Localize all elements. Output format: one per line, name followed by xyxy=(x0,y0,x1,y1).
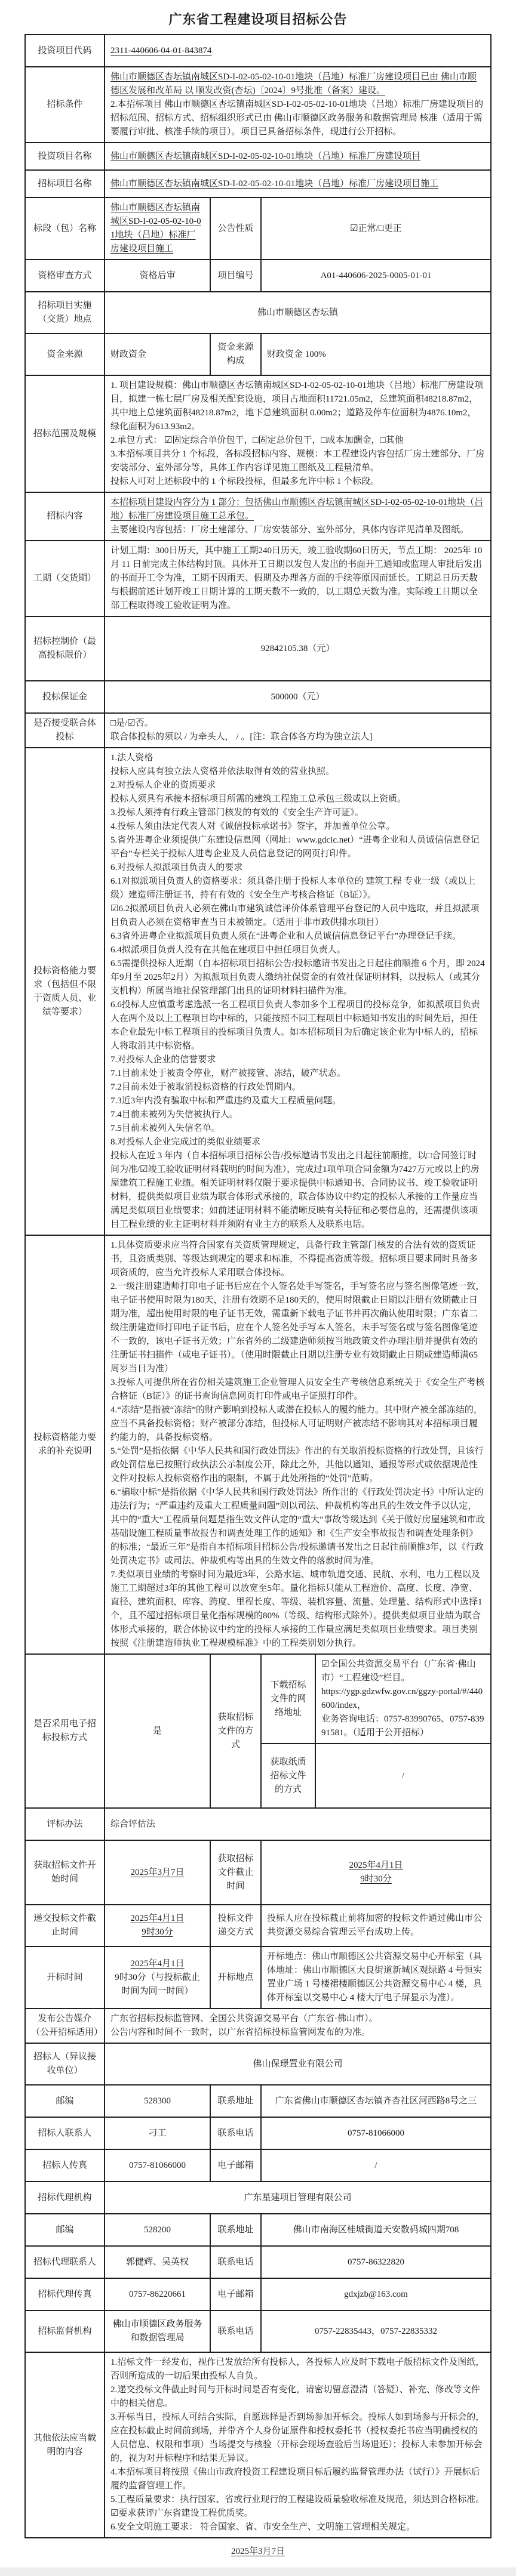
field-label-supervisor: 招标监督机构 xyxy=(25,2310,105,2352)
table-row: 招标范围及规模 1. 项目建设规模：佛山市顺德区杏坛镇南城区SD-I-02-05… xyxy=(25,375,491,492)
table-row: 邮编 528300 联系地址 广东省佛山市顺德区杏坛镇齐杏社区河西路8号之三 xyxy=(25,2085,491,2117)
field-value-implementation-place: 佛山市顺德区杏坛镇 xyxy=(105,292,491,334)
field-label-e-bidding: 是否采用电子招标投标方式 xyxy=(25,1654,105,1808)
field-value-other: 1.招标文件一经发布，视作已发放给所有投标人，各投标人应及时下载电子版招标文件及… xyxy=(105,2352,491,2538)
field-value-supervisor: 佛山市顺德区政务服务和数据管理局 xyxy=(105,2310,210,2352)
field-label-media: 发布公告媒介（公开招标适用） xyxy=(25,2009,105,2043)
field-label-agency-address: 联系地址 xyxy=(210,2214,261,2246)
field-value-doc-obtain-start: 2025年3月7日 xyxy=(105,1840,210,1905)
field-label-tenderer-fax: 招标人传真 xyxy=(25,2149,105,2182)
field-label-conditions: 招标条件 xyxy=(25,67,105,143)
field-value-evaluation: 综合评估法 xyxy=(105,1808,491,1840)
field-label-scope: 招标范围及规模 xyxy=(25,375,105,492)
field-label-tenderer-phone: 联系电话 xyxy=(210,2117,261,2149)
field-label-bid-opening-place: 开标地点 xyxy=(210,1946,261,2009)
field-value-agency-address: 佛山市南海区桂城街道天安数码城四期708 xyxy=(261,2214,491,2246)
field-label-project-number: 项目编号 xyxy=(210,260,261,292)
field-label-duration: 工期（交货期） xyxy=(25,541,105,616)
bottom-band xyxy=(0,2568,516,2576)
field-value-agency-phone: 0757-86322820 xyxy=(261,2246,491,2278)
field-value-bid-opening-time: 2025年4月1日 9时30分（与投标截止时间为同一时间） xyxy=(105,1946,210,2009)
field-value-tenderer-contact: 刁工 xyxy=(105,2117,210,2149)
table-row: 获取招标文件开始时间 2025年3月7日 获取招标文件截止时间 2025年4月1… xyxy=(25,1840,491,1905)
field-label-tenderer-postcode: 邮编 xyxy=(25,2085,105,2117)
field-value-project-number: A01-440606-2025-0005-01-01 xyxy=(261,260,491,292)
field-label-tenderer: 招标人（异议接收单位） xyxy=(25,2043,105,2085)
field-label-qualification-review: 资格审查方式 xyxy=(25,260,105,292)
field-value-tenderer-address: 广东省佛山市顺德区杏坛镇齐杏社区河西路8号之三 xyxy=(261,2085,491,2117)
field-label-supervisor-phone: 联系电话 xyxy=(210,2310,261,2352)
table-row: 标段（包）名称 佛山市顺德区杏坛镇南城区SD-I-02-05-02-10-01地… xyxy=(25,198,491,260)
field-value-paper-doc-method: / xyxy=(315,1744,491,1808)
page-title: 广东省工程建设项目招标公告 xyxy=(0,10,516,28)
field-label-implementation-place: 招标项目实施（交货）地点 xyxy=(25,292,105,334)
table-row: 招标人（异议接收单位） 佛山保璟置业有限公司 xyxy=(25,2043,491,2085)
field-value-agency: 广东星建项目管理有限公司 xyxy=(105,2182,491,2214)
field-label-evaluation: 评标办法 xyxy=(25,1808,105,1840)
field-label-bid-bond: 投标保证金 xyxy=(25,681,105,713)
field-value-submit-deadline: 2025年4月1日 9时30分 xyxy=(105,1905,210,1946)
field-label-funding-composition: 资金来源构成 xyxy=(210,334,261,375)
field-value-tender-name: 佛山市顺德区杏坛镇南城区SD-I-02-05-02-10-01地块（吕地）标准厂… xyxy=(105,170,491,198)
field-label-download-address: 下载招标文件的网络地址 xyxy=(261,1654,315,1744)
table-row: 资金来源 财政资金 资金来源构成 财政资金 100% xyxy=(25,334,491,375)
field-value-e-bidding: 是 xyxy=(105,1654,210,1808)
field-value-qualification-req: 1.法人资格 投标人应具有独立法人资格并依法取得有效的营业执照。 2.对投标人企… xyxy=(105,748,491,1235)
field-value-control-price: 92842105.38（元） xyxy=(105,616,491,681)
field-value-scope: 1. 项目建设规模：佛山市顺德区杏坛镇南城区SD-I-02-05-02-10-0… xyxy=(105,375,491,492)
table-row: 是否采用电子招标投标方式 是 获取招标文件的方式 下载招标文件的网络地址 ☑全国… xyxy=(25,1654,491,1744)
field-value-bid-bond: 500000（元） xyxy=(105,681,491,713)
table-row: 招标条件 佛山市顺德区杏坛镇南城区SD-I-02-05-02-10-01地块（吕… xyxy=(25,67,491,143)
field-label-tenderer-address: 联系地址 xyxy=(210,2085,261,2117)
field-label-tender-name: 招标项目名称 xyxy=(25,170,105,198)
field-label-content: 招标内容 xyxy=(25,492,105,541)
field-value-doc-obtain-end: 2025年4月1日 9时30分 xyxy=(261,1840,491,1905)
field-value-qualification-review: 资格后审 xyxy=(105,260,210,292)
table-row: 投标资格能力要求的补充说明 1.具体资质要求应当符合国家有关资质管理规定，具备行… xyxy=(25,1235,491,1654)
field-label-project-code: 投资项目代码 xyxy=(25,35,105,67)
field-value-supervisor-phone: 0757-22835443，0757-22835332 xyxy=(261,2310,491,2352)
field-label-invest-name: 投资项目名称 xyxy=(25,143,105,170)
table-row: 投资项目名称 佛山市顺德区杏坛镇南城区SD-I-02-05-02-10-01地块… xyxy=(25,143,491,170)
table-row: 投标保证金 500000（元） xyxy=(25,681,491,713)
field-label-agency-fax: 招标代理传真 xyxy=(25,2278,105,2310)
field-value-tenderer-email: / xyxy=(261,2149,491,2182)
field-value-media: 广东省招标投标监管网、全国公共资源交易平台（广东省·佛山市）。 公告内容和时间不… xyxy=(105,2009,491,2043)
field-label-bid-opening-time: 开标时间 xyxy=(25,1946,105,2009)
field-value-tenderer-phone: 0757-81066000 xyxy=(261,2117,491,2149)
field-value-funding: 财政资金 xyxy=(105,334,210,375)
field-label-doc-obtain-start: 获取招标文件开始时间 xyxy=(25,1840,105,1905)
field-value-section: 佛山市顺德区杏坛镇南城区SD-I-02-05-02-10-01地块（吕地）标准厂… xyxy=(105,198,210,260)
field-value-funding-composition: 财政资金 100% xyxy=(261,334,491,375)
table-row: 招标控制价（最高投标限价） 92842105.38（元） xyxy=(25,616,491,681)
table-row: 投资项目代码 2311-440606-04-01-843874 xyxy=(25,35,491,67)
table-row: 招标人传真 0757-81066000 电子邮箱 / xyxy=(25,2149,491,2182)
field-label-tenderer-email: 电子邮箱 xyxy=(210,2149,261,2182)
field-label-agency-phone: 联系电话 xyxy=(210,2246,261,2278)
table-row: 递交投标文件截止时间 2025年4月1日 9时30分 投标文件递交方式 投标人应… xyxy=(25,1905,491,1946)
field-label-other: 其他依法应当载明的内容 xyxy=(25,2352,105,2538)
field-value-agency-postcode: 528200 xyxy=(105,2214,210,2246)
field-label-agency-contact: 招标代理联系人 xyxy=(25,2246,105,2278)
table-row: 是否接受联合体投标 □是/☑否。 联合体投标的须以 / 为牵头人， / 。[注：… xyxy=(25,713,491,748)
field-value-duration: 计划工期：300日历天，其中施工工期240日历天，竣工验收期60日历天，节点工期… xyxy=(105,541,491,616)
field-value-invest-name: 佛山市顺德区杏坛镇南城区SD-I-02-05-02-10-01地块（吕地）标准厂… xyxy=(105,143,491,170)
field-value-agency-fax: 0757-86220661 xyxy=(105,2278,210,2310)
field-label-consortium: 是否接受联合体投标 xyxy=(25,713,105,748)
table-row: 招标代理联系人 郭健辉、吴英权 联系电话 0757-86322820 xyxy=(25,2246,491,2278)
field-label-funding: 资金来源 xyxy=(25,334,105,375)
tender-notice-table: 投资项目代码 2311-440606-04-01-843874 招标条件 佛山市… xyxy=(24,34,492,2538)
field-label-tenderer-contact: 招标人联系人 xyxy=(25,2117,105,2149)
field-label-doc-obtain-method: 获取招标文件的方式 xyxy=(210,1654,261,1808)
field-value-qualification-supp: 1.具体资质要求应当符合国家有关资质管理规定，具备行政主管部门核发的合法有效的资… xyxy=(105,1235,491,1654)
table-row: 招标代理传真 0757-86220661 电子邮箱 gdxjzb@163.com xyxy=(25,2278,491,2310)
field-value-tenderer-postcode: 528300 xyxy=(105,2085,210,2117)
notice-date: 2025年3月7日 xyxy=(0,2544,516,2557)
table-row: 评标办法 综合评估法 xyxy=(25,1808,491,1840)
field-value-conditions: 佛山市顺德区杏坛镇南城区SD-I-02-05-02-10-01地块（吕地）标准厂… xyxy=(105,67,491,143)
field-label-paper-doc-method: 获取纸质招标文件的方式 xyxy=(261,1744,315,1808)
table-row: 招标项目实施（交货）地点 佛山市顺德区杏坛镇 xyxy=(25,292,491,334)
table-row: 开标时间 2025年4月1日 9时30分（与投标截止时间为同一时间） 开标地点 … xyxy=(25,1946,491,2009)
table-row: 工期（交货期） 计划工期：300日历天，其中施工工期240日历天，竣工验收期60… xyxy=(25,541,491,616)
table-row: 邮编 528200 联系地址 佛山市南海区桂城街道天安数码城四期708 xyxy=(25,2214,491,2246)
field-label-agency: 招标代理机构 xyxy=(25,2182,105,2214)
field-value-tenderer-fax: 0757-81066000 xyxy=(105,2149,210,2182)
field-label-section: 标段（包）名称 xyxy=(25,198,105,260)
field-value-notice-nature: ☑正常/□更正 xyxy=(261,198,491,260)
field-label-agency-email: 电子邮箱 xyxy=(210,2278,261,2310)
field-label-submit-deadline: 递交投标文件截止时间 xyxy=(25,1905,105,1946)
field-label-notice-nature: 公告性质 xyxy=(210,198,261,260)
table-row: 招标项目名称 佛山市顺德区杏坛镇南城区SD-I-02-05-02-10-01地块… xyxy=(25,170,491,198)
table-row: 资格审查方式 资格后审 项目编号 A01-440606-2025-0005-01… xyxy=(25,260,491,292)
field-value-agency-email: gdxjzb@163.com xyxy=(261,2278,491,2310)
table-row: 投标资格能力要求（包括但不限于资质人员、业绩等要求） 1.法人资格 投标人应具有… xyxy=(25,748,491,1235)
table-row: 招标内容 本招标项目建设内容分为 1 部分：包括佛山市顺德区杏坛镇南城区SD-I… xyxy=(25,492,491,541)
field-label-doc-obtain-end: 获取招标文件截止时间 xyxy=(210,1840,261,1905)
field-value-consortium: □是/☑否。 联合体投标的须以 / 为牵头人， / 。[注：联合体各方均为独立法… xyxy=(105,713,491,748)
table-row: 发布公告媒介（公开招标适用） 广东省招标投标监管网、全国公共资源交易平台（广东省… xyxy=(25,2009,491,2043)
field-label-control-price: 招标控制价（最高投标限价） xyxy=(25,616,105,681)
field-value-tenderer: 佛山保璟置业有限公司 xyxy=(105,2043,491,2085)
field-value-bid-opening-place: 开标地点：佛山市顺德区公共资源交易中心开标室（具体地址：佛山市顺德区大良街道新城… xyxy=(261,1946,491,2009)
field-value-submit-method: 投标人应在投标截止前将加密的投标文件通过佛山市公共资源交易综合管理云平台成功上传… xyxy=(261,1905,491,1946)
field-value-agency-contact: 郭健辉、吴英权 xyxy=(105,2246,210,2278)
field-label-qualification-supp: 投标资格能力要求的补充说明 xyxy=(25,1235,105,1654)
table-row: 招标代理机构 广东星建项目管理有限公司 xyxy=(25,2182,491,2214)
table-row: 其他依法应当载明的内容 1.招标文件一经发布，视作已发放给所有投标人，各投标人应… xyxy=(25,2352,491,2538)
tender-notice-document: 广东省工程建设项目招标公告 投资项目代码 2311-440606-04-01-8… xyxy=(0,0,516,2576)
table-row: 招标监督机构 佛山市顺德区政务服务和数据管理局 联系电话 0757-228354… xyxy=(25,2310,491,2352)
table-row: 招标人联系人 刁工 联系电话 0757-81066000 xyxy=(25,2117,491,2149)
field-label-submit-method: 投标文件递交方式 xyxy=(210,1905,261,1946)
field-label-qualification-req: 投标资格能力要求（包括但不限于资质人员、业绩等要求） xyxy=(25,748,105,1235)
field-value-download-address: ☑全国公共资源交易平台（广东省·佛山市）“工程建设”栏目。 https://yg… xyxy=(315,1654,491,1744)
field-label-agency-postcode: 邮编 xyxy=(25,2214,105,2246)
field-value-project-code: 2311-440606-04-01-843874 xyxy=(105,35,491,67)
field-value-content: 本招标项目建设内容分为 1 部分：包括佛山市顺德区杏坛镇南城区SD-I-02-0… xyxy=(105,492,491,541)
